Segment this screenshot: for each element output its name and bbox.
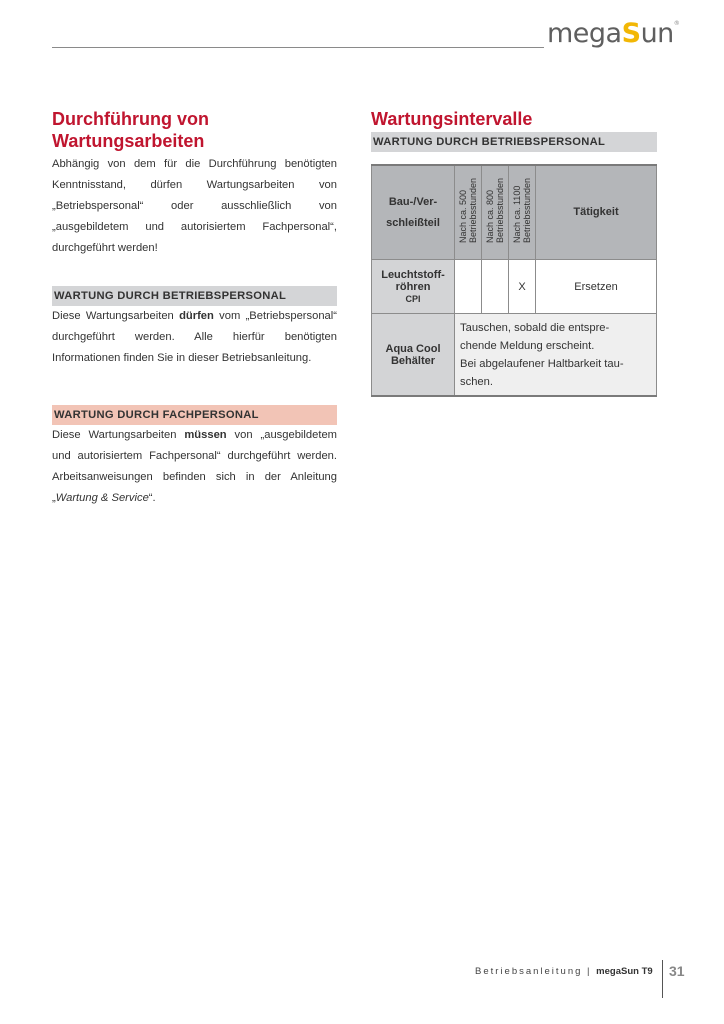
section-betriebspersonal: WARTUNG DURCH BETRIEBSPERSONAL Diese War…: [52, 286, 337, 369]
logo-text: mega: [547, 18, 622, 49]
footer-divider: [662, 960, 663, 998]
page-number: 31: [669, 963, 685, 979]
table-row: Aqua CoolBehälter Tauschen, sobald die e…: [372, 314, 657, 397]
table-header-row: Bau-/Ver-schleißteil Nach ca. 500Betrieb…: [372, 165, 657, 260]
header-800h: Nach ca. 800Betriebsstunden: [482, 165, 509, 260]
section-fachpersonal: WARTUNG DURCH FACHPERSONAL Diese Wartung…: [52, 405, 337, 509]
header-rule: [52, 47, 544, 48]
header-part: Bau-/Ver-schleißteil: [372, 165, 455, 260]
row-part: Aqua CoolBehälter: [372, 314, 455, 397]
section-title: Wartungsintervalle: [371, 108, 657, 130]
cell-task: Tauschen, sobald die entspre-chende Meld…: [455, 314, 657, 397]
logo-s: S: [622, 18, 641, 49]
cell-500h: [455, 260, 482, 314]
section-heading: WARTUNG DURCH FACHPERSONAL: [52, 405, 337, 425]
header-1100h: Nach ca. 1100Betriebsstunden: [509, 165, 536, 260]
megasun-logo: megaSun®: [547, 18, 679, 49]
cell-task: Ersetzen: [536, 260, 657, 314]
table-row: Leuchtstoff-röhrenCPI X Ersetzen: [372, 260, 657, 314]
cell-800h: [482, 260, 509, 314]
page-title: Durchführung vonWartungsarbeiten: [52, 108, 337, 152]
cell-1100h: X: [509, 260, 536, 314]
right-column: Wartungsintervalle WARTUNG DURCH BETRIEB…: [371, 108, 657, 152]
left-column: Durchführung vonWartungsarbeiten Abhängi…: [52, 108, 337, 259]
maintenance-table: Bau-/Ver-schleißteil Nach ca. 500Betrieb…: [371, 164, 657, 397]
section-text: Diese Wartungsarbeiten dürfen vom „Betri…: [52, 306, 337, 369]
header-500h: Nach ca. 500Betriebsstunden: [455, 165, 482, 260]
section-heading: WARTUNG DURCH BETRIEBSPERSONAL: [371, 132, 657, 152]
intro-text: Abhängig von dem für die Durchführung be…: [52, 154, 337, 259]
header-task: Tätigkeit: [536, 165, 657, 260]
section-text: Diese Wartungsarbeiten müssen von „ausge…: [52, 425, 337, 509]
logo-text-suffix: un: [641, 18, 674, 49]
footer-doc-title: Betriebsanleitung | megaSun T9: [475, 966, 653, 977]
registered-mark: ®: [674, 20, 680, 27]
row-part: Leuchtstoff-röhrenCPI: [372, 260, 455, 314]
section-heading: WARTUNG DURCH BETRIEBSPERSONAL: [52, 286, 337, 306]
